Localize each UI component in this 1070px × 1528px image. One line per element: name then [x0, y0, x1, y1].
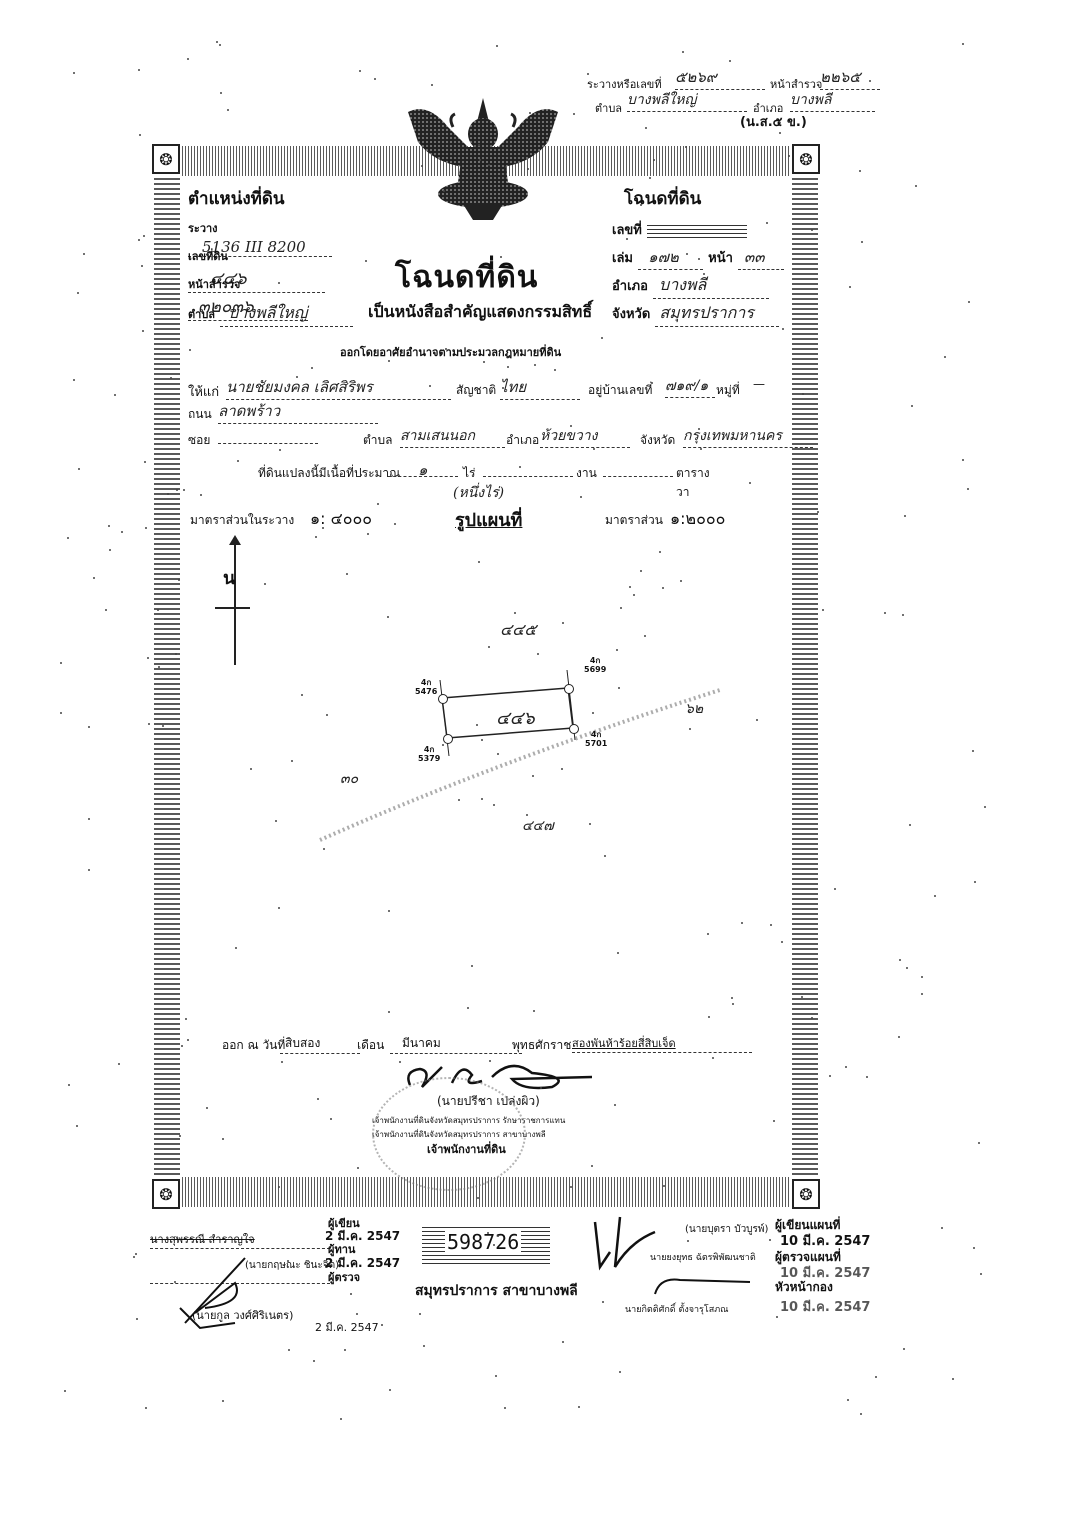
- field-label: อำเภอ: [612, 279, 648, 294]
- left-name-1: นางสุพรรณี สำราญใจ: [150, 1230, 255, 1248]
- issued-label: ออก ณ วันที่: [222, 1036, 285, 1055]
- issued-month: มีนาคม: [390, 1034, 522, 1054]
- area-note: (หนึ่งไร่): [453, 482, 504, 504]
- boundary-pin-icon: [569, 724, 579, 734]
- form-code: (น.ส.๕ ข.): [740, 111, 807, 132]
- address-value: ๗๑๙/๑: [665, 375, 715, 398]
- right-name-1: (นายบุตรา บัวบูรพ์): [685, 1222, 768, 1237]
- corner-ornament-icon: ❂: [792, 144, 820, 174]
- boundary-pin-icon: [438, 694, 448, 704]
- field-value: บางพลี: [653, 273, 769, 299]
- deed-row: เลขที่ ๑๔๙๓๓: [612, 219, 747, 240]
- area-wa-label: ตารางวา: [676, 464, 718, 502]
- document-note: ออกโดยอาศัยอำนาจตามประมวลกฎหมายที่ดิน: [340, 343, 561, 361]
- date-3: 2 มี.ค. 2547: [315, 1318, 379, 1336]
- corner-ornament-icon: ❂: [152, 144, 180, 174]
- boundary-pin-icon: [443, 734, 453, 744]
- land-position-row: ตำบล บางพลีใหญ่: [188, 301, 358, 327]
- area-ngan-label: งาน: [576, 464, 597, 483]
- soi-value: [218, 425, 318, 444]
- scale-row: มาตราส่วนในระวาง ๑: ๔๐๐๐ รูปแผนที่ มาตรา…: [190, 505, 790, 535]
- tambon-label: ตำบล: [363, 431, 393, 450]
- amphoe-label: อำเภอ: [506, 431, 539, 450]
- to-label: ให้แก่: [188, 381, 219, 402]
- date-2: 2 มี.ค. 2547: [325, 1254, 400, 1273]
- area-wa-value: [603, 468, 673, 477]
- field-label: หน้าสำรวจ: [188, 278, 240, 291]
- road-label: ถนน: [188, 405, 212, 424]
- field-label: หน้า: [708, 251, 733, 266]
- right-name-3: นายกิตติศักดิ์ ตั้งจารุโสภณ: [625, 1302, 729, 1316]
- year-label: พุทธศักราช: [512, 1036, 571, 1055]
- registry-scale-value: ๑: ๔๐๐๐: [310, 507, 372, 532]
- map-title: รูปแผนที่: [455, 505, 522, 534]
- page-value: ๒๒๖๕: [820, 65, 880, 90]
- garuda-emblem-icon: [393, 92, 573, 227]
- head-signature-icon: [650, 1272, 760, 1297]
- header-registry: ระวางหรือเลขที่ ๕๒๖๙ หน้าสำรวจ ๒๒๖๕ ตำบล…: [575, 63, 925, 128]
- deed-row: จังหวัด สมุทรปราการ: [612, 301, 779, 327]
- field-label: ระวาง: [188, 222, 218, 235]
- serial-number: 598726: [445, 1230, 521, 1254]
- north-arrow-icon: น: [225, 535, 265, 665]
- district-value: บางพลีใหญ่: [627, 89, 747, 112]
- map-scale-label: มาตราส่วน: [605, 511, 663, 530]
- border-band-left: [154, 178, 180, 1175]
- soi-label: ซอย: [188, 431, 210, 450]
- pin-label: 4ก5476: [415, 678, 437, 696]
- deed-heading: โฉนดที่ดิน: [624, 185, 701, 212]
- land-map: ๔๔๕ ๓๐ ๖๒ ๔๔๗ ๔๔๖ 4ก5476 4ก5699 4ก5379 4…: [300, 600, 750, 860]
- issued-day: สิบสอง: [280, 1034, 360, 1054]
- right-name-2: นายยงยุทธ ฉัตรพิพัฒนชาติ: [650, 1250, 756, 1264]
- corner-ornament-icon: ❂: [792, 1179, 820, 1209]
- boundary-pin-icon: [564, 684, 574, 694]
- road-value: ลาดพร้าว: [218, 399, 378, 424]
- field-value: สมุทรปราการ: [655, 301, 779, 327]
- head-label: หัวหน้ากอง: [775, 1278, 833, 1297]
- deed-row: อำเภอ บางพลี: [612, 273, 769, 299]
- nationality-value: ไทย: [500, 375, 580, 400]
- official-seal-icon: [372, 1077, 526, 1191]
- field-label: เลขที่ดิน: [188, 250, 228, 263]
- field-value: บางพลีใหญ่: [220, 301, 353, 327]
- registry-scale-label: มาตราส่วนในระวาง: [190, 511, 294, 530]
- date-1: 2 มี.ค. 2547: [325, 1227, 400, 1246]
- land-position-heading: ตำแหน่งที่ดิน: [188, 185, 285, 212]
- pin-label: 4ก5701: [585, 730, 607, 748]
- writer-signature-icon: [175, 1253, 255, 1333]
- tambon-value: สามเสนนอก: [400, 425, 505, 448]
- field-label: เล่ม: [612, 251, 633, 266]
- field-label: ตำบล: [188, 308, 215, 321]
- issued-year: สองพันห้าร้อยสี่สิบเจ็ด: [572, 1034, 752, 1053]
- field-label: จังหวัด: [612, 307, 650, 322]
- nationality-label: สัญชาติ: [456, 381, 496, 400]
- document-title: โฉนดที่ดิน: [395, 254, 538, 301]
- area-rai-line: [388, 468, 458, 477]
- pin-label: 4ก5699: [584, 656, 606, 674]
- amphoe-value: ห้วยขวาง: [540, 425, 630, 448]
- deed-section: โฉนดที่ดิน เลขที่ ๑๔๙๓๓ เล่ม ๑๗๒ หน้า ๓๓…: [612, 185, 787, 335]
- area-rai-label: ไร่: [463, 464, 475, 483]
- area-ngan-value: [483, 468, 573, 477]
- province-value: กรุงเทพมหานคร: [683, 425, 813, 448]
- office-name: สมุทรปราการ สาขาบางพลี: [415, 1280, 578, 1302]
- amphoe-value: บางพลี: [790, 89, 875, 112]
- pin-label: 4ก5379: [418, 745, 440, 763]
- moo-value: —: [753, 377, 765, 391]
- document-subtitle: เป็นหนังสือสำคัญแสดงกรรมสิทธิ์: [368, 300, 592, 325]
- survey-no-value: ๕๒๖๙: [675, 65, 765, 90]
- area-prefix: ที่ดินแปลงนี้มีเนื้อที่ประมาณ: [258, 464, 400, 483]
- moo-label: หมู่ที่: [716, 381, 740, 400]
- owner-name: นายชัยมงคล เลิศสิริพร: [226, 375, 451, 400]
- issuance-section: ออก ณ วันที่ สิบสอง เดือน มีนาคม พุทธศัก…: [222, 1032, 782, 1182]
- area-section: ที่ดินแปลงนี้มีเนื้อที่ประมาณ ๑ ไร่ งาน …: [258, 460, 718, 510]
- province-label: จังหวัด: [640, 431, 675, 450]
- address-label: อยู่บ้านเลขที่: [588, 381, 652, 400]
- field-value: ๓๓: [738, 245, 784, 270]
- border-band-right: [792, 178, 818, 1175]
- parcel-number: ๔๔๖: [496, 703, 535, 732]
- land-position-section: ตำแหน่งที่ดิน ระวาง 5136 III 8200 เลขที่…: [188, 185, 363, 335]
- footer-right: (นายบุตรา บัวบูรพ์) นายยงยุทธ ฉัตรพิพัฒน…: [590, 1212, 880, 1332]
- field-label: เลขที่: [612, 223, 642, 238]
- corner-ornament-icon: ❂: [152, 1179, 180, 1209]
- footer-left: นางสุพรรณี สำราญใจ (นายกฤษณะ ชินะจิต) (น…: [150, 1218, 590, 1338]
- north-label: น: [223, 563, 235, 592]
- map-scale-value: ๑:๒๐๐๐: [670, 507, 725, 532]
- district-label: ตำบล: [595, 99, 622, 117]
- right-date-3: 10 มี.ค. 2547: [780, 1296, 870, 1317]
- field-value: ๑๗๒: [638, 245, 703, 270]
- deed-number-redacted: [647, 222, 747, 238]
- month-label: เดือน: [357, 1036, 384, 1055]
